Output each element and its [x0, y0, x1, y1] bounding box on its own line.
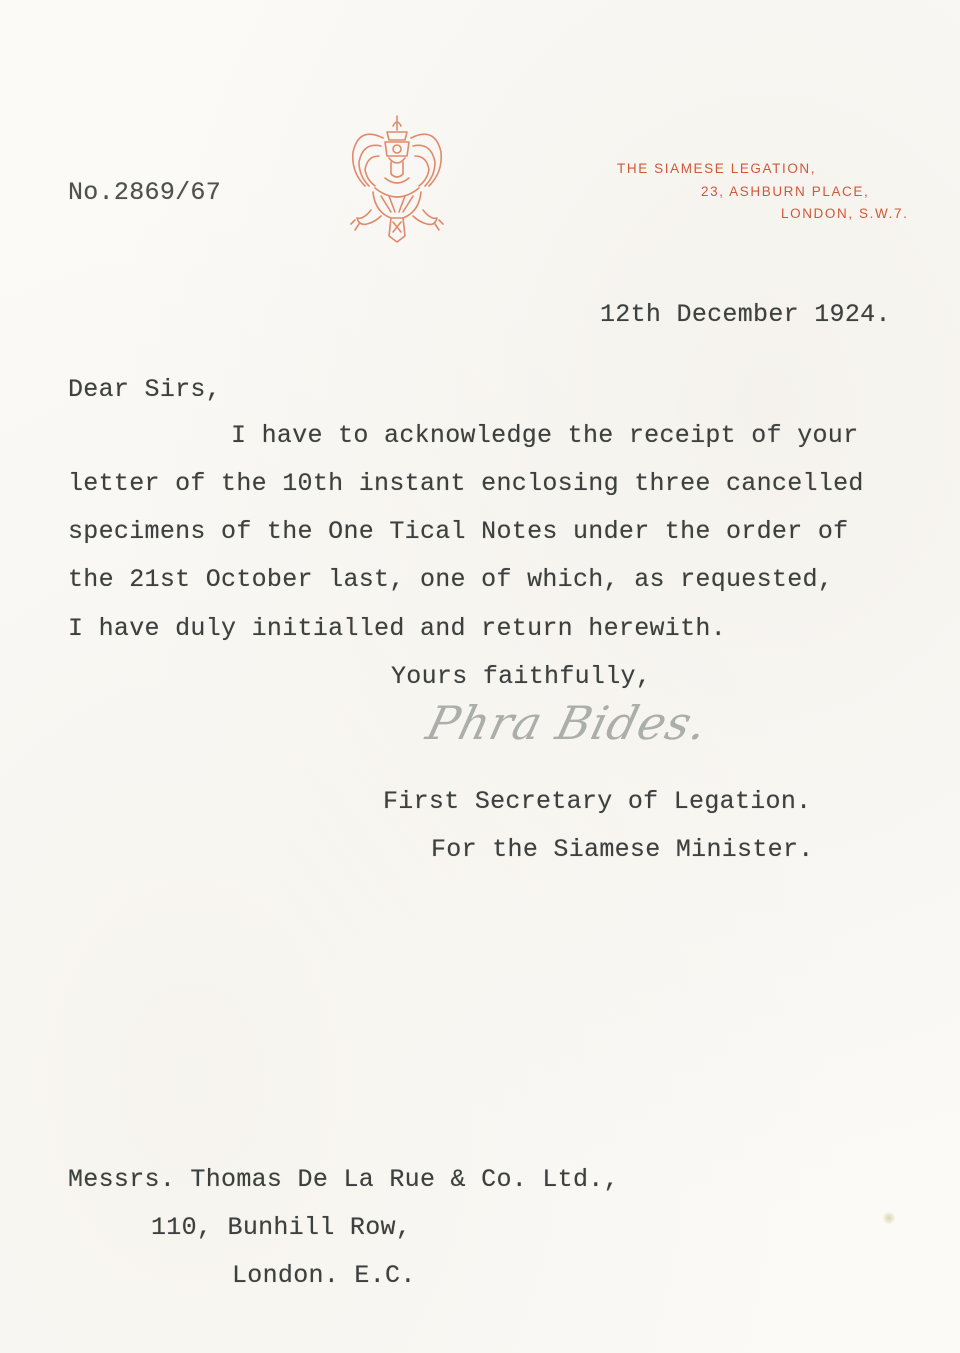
- letterhead-line-3: LONDON, S.W.7.: [781, 206, 908, 221]
- salutation: Dear Sirs,: [68, 375, 221, 404]
- letter-paper: THE SIAMESE LEGATION, 23, ASHBURN PLACE,…: [0, 0, 960, 1353]
- recipient-line: Messrs. Thomas De La Rue & Co. Ltd.,: [68, 1165, 619, 1194]
- reference-number: No.2869/67: [68, 178, 221, 207]
- body-line: I have to acknowledge the receipt of you…: [231, 421, 858, 450]
- signatory-on-behalf: For the Siamese Minister.: [431, 835, 814, 864]
- closing: Yours faithfully,: [391, 662, 651, 691]
- recipient-line: 110, Bunhill Row,: [151, 1213, 411, 1242]
- body-line: letter of the 10th instant enclosing thr…: [68, 469, 864, 498]
- garuda-crest-icon: [345, 112, 449, 246]
- body-line: the 21st October last, one of which, as …: [68, 565, 833, 594]
- recipient-line: London. E.C.: [232, 1261, 416, 1290]
- letterhead-line-2: 23, ASHBURN PLACE,: [701, 184, 869, 199]
- paper-stain: [883, 1212, 895, 1224]
- letter-date: 12th December 1924.: [600, 300, 891, 329]
- body-line: I have duly initialled and return herewi…: [68, 614, 726, 643]
- handwritten-signature: Phra Bides.: [421, 696, 713, 750]
- letterhead-line-1: THE SIAMESE LEGATION,: [617, 161, 816, 176]
- signatory-title: First Secretary of Legation.: [383, 787, 811, 816]
- body-line: specimens of the One Tical Notes under t…: [68, 517, 848, 546]
